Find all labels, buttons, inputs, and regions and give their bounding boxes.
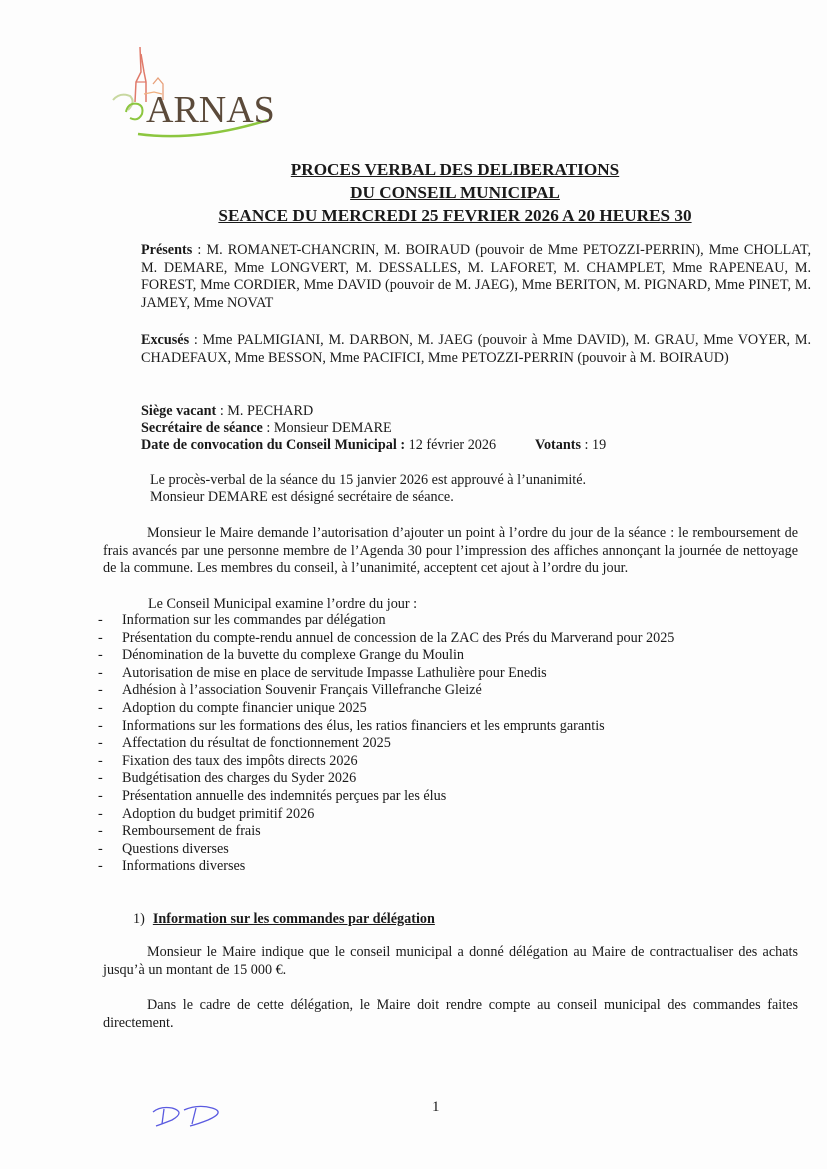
agenda-item: -Adoption du compte financier unique 202… [98, 700, 798, 718]
bullet-dash-icon: - [98, 770, 103, 788]
bullet-dash-icon: - [98, 700, 103, 718]
agenda-item: -Informations diverses [98, 858, 798, 876]
agenda-item-text: Adhésion à l’association Souvenir França… [122, 682, 482, 700]
agenda-item-text: Autorisation de mise en place de servitu… [122, 665, 547, 683]
bullet-dash-icon: - [98, 612, 103, 630]
initials-signature [150, 1100, 230, 1135]
addition-text: Monsieur le Maire demande l’autorisation… [103, 525, 798, 576]
agenda-item-text: Informations sur les formations des élus… [122, 718, 605, 736]
bullet-dash-icon: - [98, 806, 103, 824]
siege-value: : M. PECHARD [216, 403, 313, 419]
bullet-dash-icon: - [98, 735, 103, 753]
section-1-number: 1) [133, 911, 145, 927]
secretaire-label: Secrétaire de séance [141, 420, 263, 436]
excuses-label: Excusés [141, 332, 189, 348]
bullet-dash-icon: - [98, 718, 103, 736]
bullet-dash-icon: - [98, 665, 103, 683]
page-number: 1 [432, 1099, 440, 1116]
agenda-item: -Informations sur les formations des élu… [98, 718, 798, 736]
agenda-item-text: Affectation du résultat de fonctionnemen… [122, 735, 391, 753]
presents-block: Présents : M. ROMANET-CHANCRIN, M. BOIRA… [141, 242, 811, 312]
agenda-item: -Présentation annuelle des indemnités pe… [98, 788, 798, 806]
section-1-heading: 1)Information sur les commandes par délé… [133, 910, 435, 928]
bullet-dash-icon: - [98, 841, 103, 859]
agenda-item: -Adhésion à l’association Souvenir Franç… [98, 682, 798, 700]
bullet-dash-icon: - [98, 823, 103, 841]
votants: Votants : 19 [535, 437, 606, 454]
bullet-dash-icon: - [98, 858, 103, 876]
agenda-item-text: Informations diverses [122, 858, 245, 876]
secretaire-seance: Secrétaire de séance : Monsieur DEMARE [141, 420, 392, 437]
agenda-item-text: Dénomination de la buvette du complexe G… [122, 647, 464, 665]
presents-list: : M. ROMANET-CHANCRIN, M. BOIRAUD (pouvo… [141, 242, 811, 311]
title-line-2: DU CONSEIL MUNICIPAL [0, 183, 827, 203]
bullet-dash-icon: - [98, 788, 103, 806]
agenda-item: -Budgétisation des charges du Syder 2026 [98, 770, 798, 788]
title-line-3: SEANCE DU MERCREDI 25 FEVRIER 2026 A 20 … [0, 206, 827, 226]
arnas-logo: ARNAS [108, 42, 278, 142]
agenda-item: -Questions diverses [98, 841, 798, 859]
agenda-item-text: Information sur les commandes par déléga… [122, 612, 386, 630]
convocation-value: 12 février 2026 [405, 437, 496, 453]
section-1-title: Information sur les commandes par déléga… [153, 911, 435, 927]
agenda-list: -Information sur les commandes par délég… [98, 612, 798, 876]
agenda-item-text: Adoption du budget primitif 2026 [122, 806, 314, 824]
logo-text: ARNAS [146, 88, 275, 132]
title-line-1: PROCES VERBAL DES DELIBERATIONS [0, 160, 827, 180]
agenda-item: -Fixation des taux des impôts directs 20… [98, 753, 798, 771]
approval-line-2: Monsieur DEMARE est désigné secrétaire d… [150, 489, 454, 506]
addition-paragraph: Monsieur le Maire demande l’autorisation… [103, 525, 798, 578]
agenda-item: -Autorisation de mise en place de servit… [98, 665, 798, 683]
handwritten-initials-icon [150, 1100, 230, 1130]
bullet-dash-icon: - [98, 630, 103, 648]
votants-label: Votants [535, 437, 581, 453]
agenda-item: -Adoption du budget primitif 2026 [98, 806, 798, 824]
agenda-item: -Remboursement de frais [98, 823, 798, 841]
agenda-item: -Présentation du compte-rendu annuel de … [98, 630, 798, 648]
bullet-dash-icon: - [98, 753, 103, 771]
bullet-dash-icon: - [98, 682, 103, 700]
agenda-item-text: Présentation annuelle des indemnités per… [122, 788, 446, 806]
excuses-block: Excusés : Mme PALMIGIANI, M. DARBON, M. … [141, 332, 811, 367]
agenda-item-text: Adoption du compte financier unique 2025 [122, 700, 367, 718]
siege-vacant: Siège vacant : M. PECHARD [141, 403, 313, 420]
agenda-item-text: Budgétisation des charges du Syder 2026 [122, 770, 356, 788]
section-1-paragraph-1-text: Monsieur le Maire indique que le conseil… [103, 944, 798, 978]
agenda-item-text: Remboursement de frais [122, 823, 261, 841]
excuses-list: : Mme PALMIGIANI, M. DARBON, M. JAEG (po… [141, 332, 811, 366]
agenda-item: -Dénomination de la buvette du complexe … [98, 647, 798, 665]
agenda-item-text: Questions diverses [122, 841, 229, 859]
bullet-dash-icon: - [98, 647, 103, 665]
agenda-item-text: Présentation du compte-rendu annuel de c… [122, 630, 674, 648]
agenda-item: -Affectation du résultat de fonctionneme… [98, 735, 798, 753]
approval-line-1: Le procès-verbal de la séance du 15 janv… [150, 472, 586, 489]
agenda-intro: Le Conseil Municipal examine l’ordre du … [148, 596, 417, 613]
section-1-paragraph-2-text: Dans le cadre de cette délégation, le Ma… [103, 997, 798, 1031]
presents-label: Présents [141, 242, 192, 258]
secretaire-value: : Monsieur DEMARE [263, 420, 392, 436]
siege-label: Siège vacant [141, 403, 216, 419]
section-1-paragraph-2: Dans le cadre de cette délégation, le Ma… [103, 997, 798, 1032]
convocation-label: Date de convocation du Conseil Municipal… [141, 437, 405, 453]
agenda-item-text: Fixation des taux des impôts directs 202… [122, 753, 358, 771]
agenda-item: -Information sur les commandes par délég… [98, 612, 798, 630]
section-1-paragraph-1: Monsieur le Maire indique que le conseil… [103, 944, 798, 979]
date-convocation: Date de convocation du Conseil Municipal… [141, 437, 496, 454]
votants-value: : 19 [581, 437, 606, 453]
